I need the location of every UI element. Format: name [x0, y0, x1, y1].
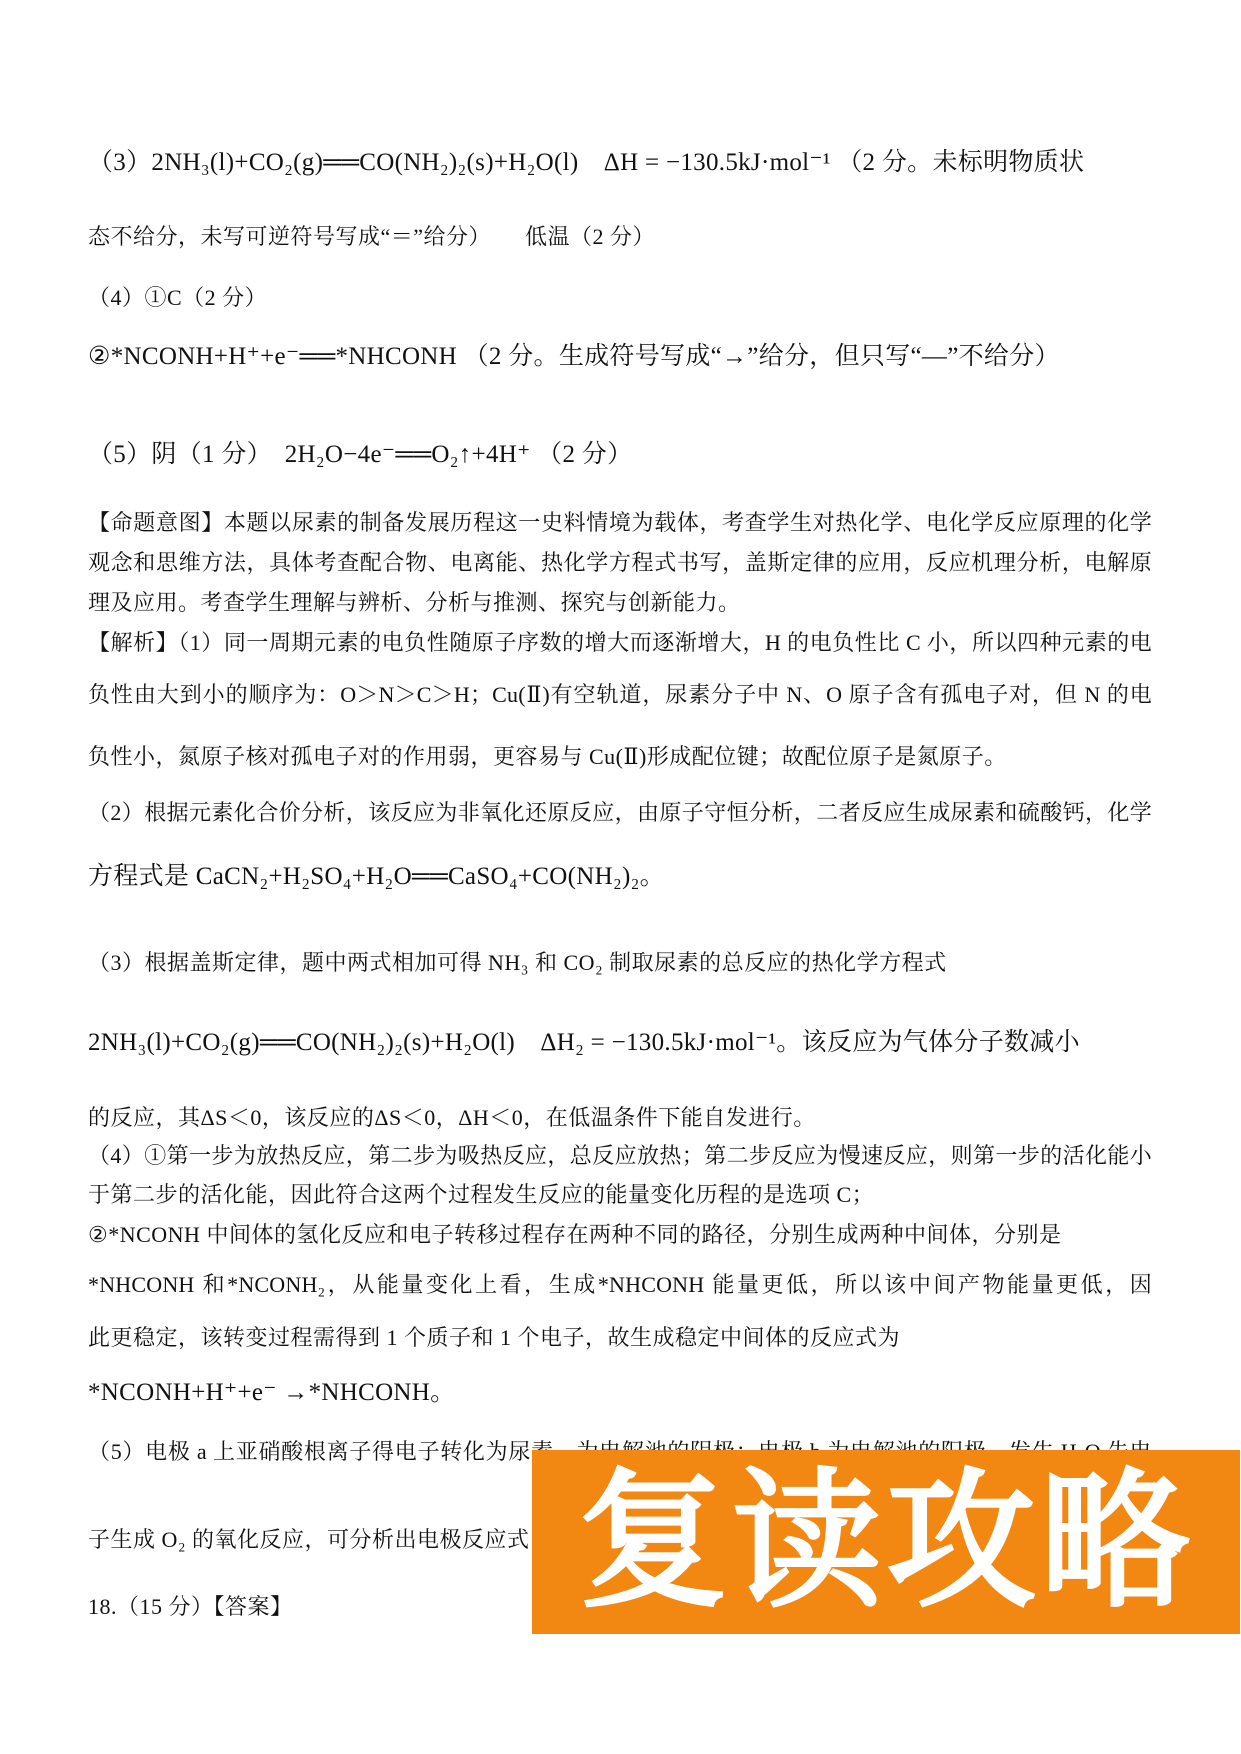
- answer-3-equation: （3）2NH₃(l)+CO₂(g)══CO(NH₂)₂(s)+H₂O(l) ΔH…: [88, 148, 1152, 178]
- analysis-4-1-line-1: （4）①第一步为放热反应，第二步为吸热反应，总反应放热；第二步反应为慢速反应，则…: [88, 1141, 1152, 1171]
- exam-answer-page: （3）2NH₃(l)+CO₂(g)══CO(NH₂)₂(s)+H₂O(l) ΔH…: [0, 0, 1241, 1754]
- watermark-text: 复读攻略: [578, 1467, 1194, 1617]
- analysis-1-line-1: 【解析】（1）同一周期元素的电负性随原子序数的增大而逐渐增大，H 的电负性比 C…: [88, 628, 1152, 658]
- answer-4-1: （4）①C（2 分）: [88, 283, 1152, 313]
- analysis-2-line-1: （2）根据元素化合价分析，该反应为非氧化还原反应，由原子守恒分析，二者反应生成尿…: [88, 798, 1152, 828]
- analysis-4-2-equation: *NCONH+H⁺+e⁻ →*NHCONH。: [88, 1378, 1152, 1408]
- analysis-1-line-3: 负性小，氮原子核对孤电子对的作用弱，更容易与 Cu(Ⅱ)形成配位键；故配位原子是…: [88, 742, 1152, 772]
- analysis-3-intro: （3）根据盖斯定律，题中两式相加可得 NH₃ 和 CO₂ 制取尿素的总反应的热化…: [88, 948, 1152, 978]
- analysis-4-2-line-3: 此更稳定，该转变过程需得到 1 个质子和 1 个电子，故生成稳定中间体的反应式为: [88, 1323, 1152, 1353]
- analysis-3-equation: 2NH₃(l)+CO₂(g)══CO(NH₂)₂(s)+H₂O(l) ΔH₂ =…: [88, 1028, 1152, 1058]
- analysis-3-conclusion: 的反应，其ΔS＜0，该反应的ΔS＜0，ΔH＜0，在低温条件下能自发进行。: [88, 1103, 1152, 1133]
- answer-4-2-equation: ②*NCONH+H⁺+e⁻══*NHCONH （2 分。生成符号写成“→”给分，…: [88, 342, 1152, 372]
- analysis-4-2-line-1: ②*NCONH 中间体的氢化反应和电子转移过程存在两种不同的路径，分别生成两种中…: [88, 1220, 1152, 1250]
- analysis-4-2-line-2: *NHCONH 和*NCONH₂，从能量变化上看，生成*NHCONH 能量更低，…: [88, 1270, 1152, 1300]
- analysis-1-line-2: 负性由大到小的顺序为：O＞N＞C＞H；Cu(Ⅱ)有空轨道，尿素分子中 N、O 原…: [88, 680, 1152, 710]
- intent-paragraph-line-2: 观念和思维方法，具体考查配合物、电离能、热化学方程式书写，盖斯定律的应用，反应机…: [88, 548, 1152, 578]
- analysis-2-equation: 方程式是 CaCN₂+H₂SO₄+H₂O══CaSO₄+CO(NH₂)₂。: [88, 862, 1152, 892]
- answer-5-equation: （5）阴（1 分） 2H₂O−4e⁻══O₂↑+4H⁺ （2 分）: [88, 440, 1152, 470]
- intent-paragraph-line-3: 理及应用。考查学生理解与辨析、分析与推测、探究与创新能力。: [88, 588, 1152, 618]
- analysis-4-1-line-2: 于第二步的活化能，因此符合这两个过程发生反应的能量变化历程的是选项 C；: [88, 1180, 1152, 1210]
- watermark-banner: 复读攻略: [532, 1450, 1240, 1634]
- answer-3-grading-note: 态不给分，未写可逆符号写成“＝”给分） 低温（2 分）: [88, 222, 1152, 252]
- intent-paragraph-line-1: 【命题意图】本题以尿素的制备发展历程这一史料情境为载体，考查学生对热化学、电化学…: [88, 508, 1152, 538]
